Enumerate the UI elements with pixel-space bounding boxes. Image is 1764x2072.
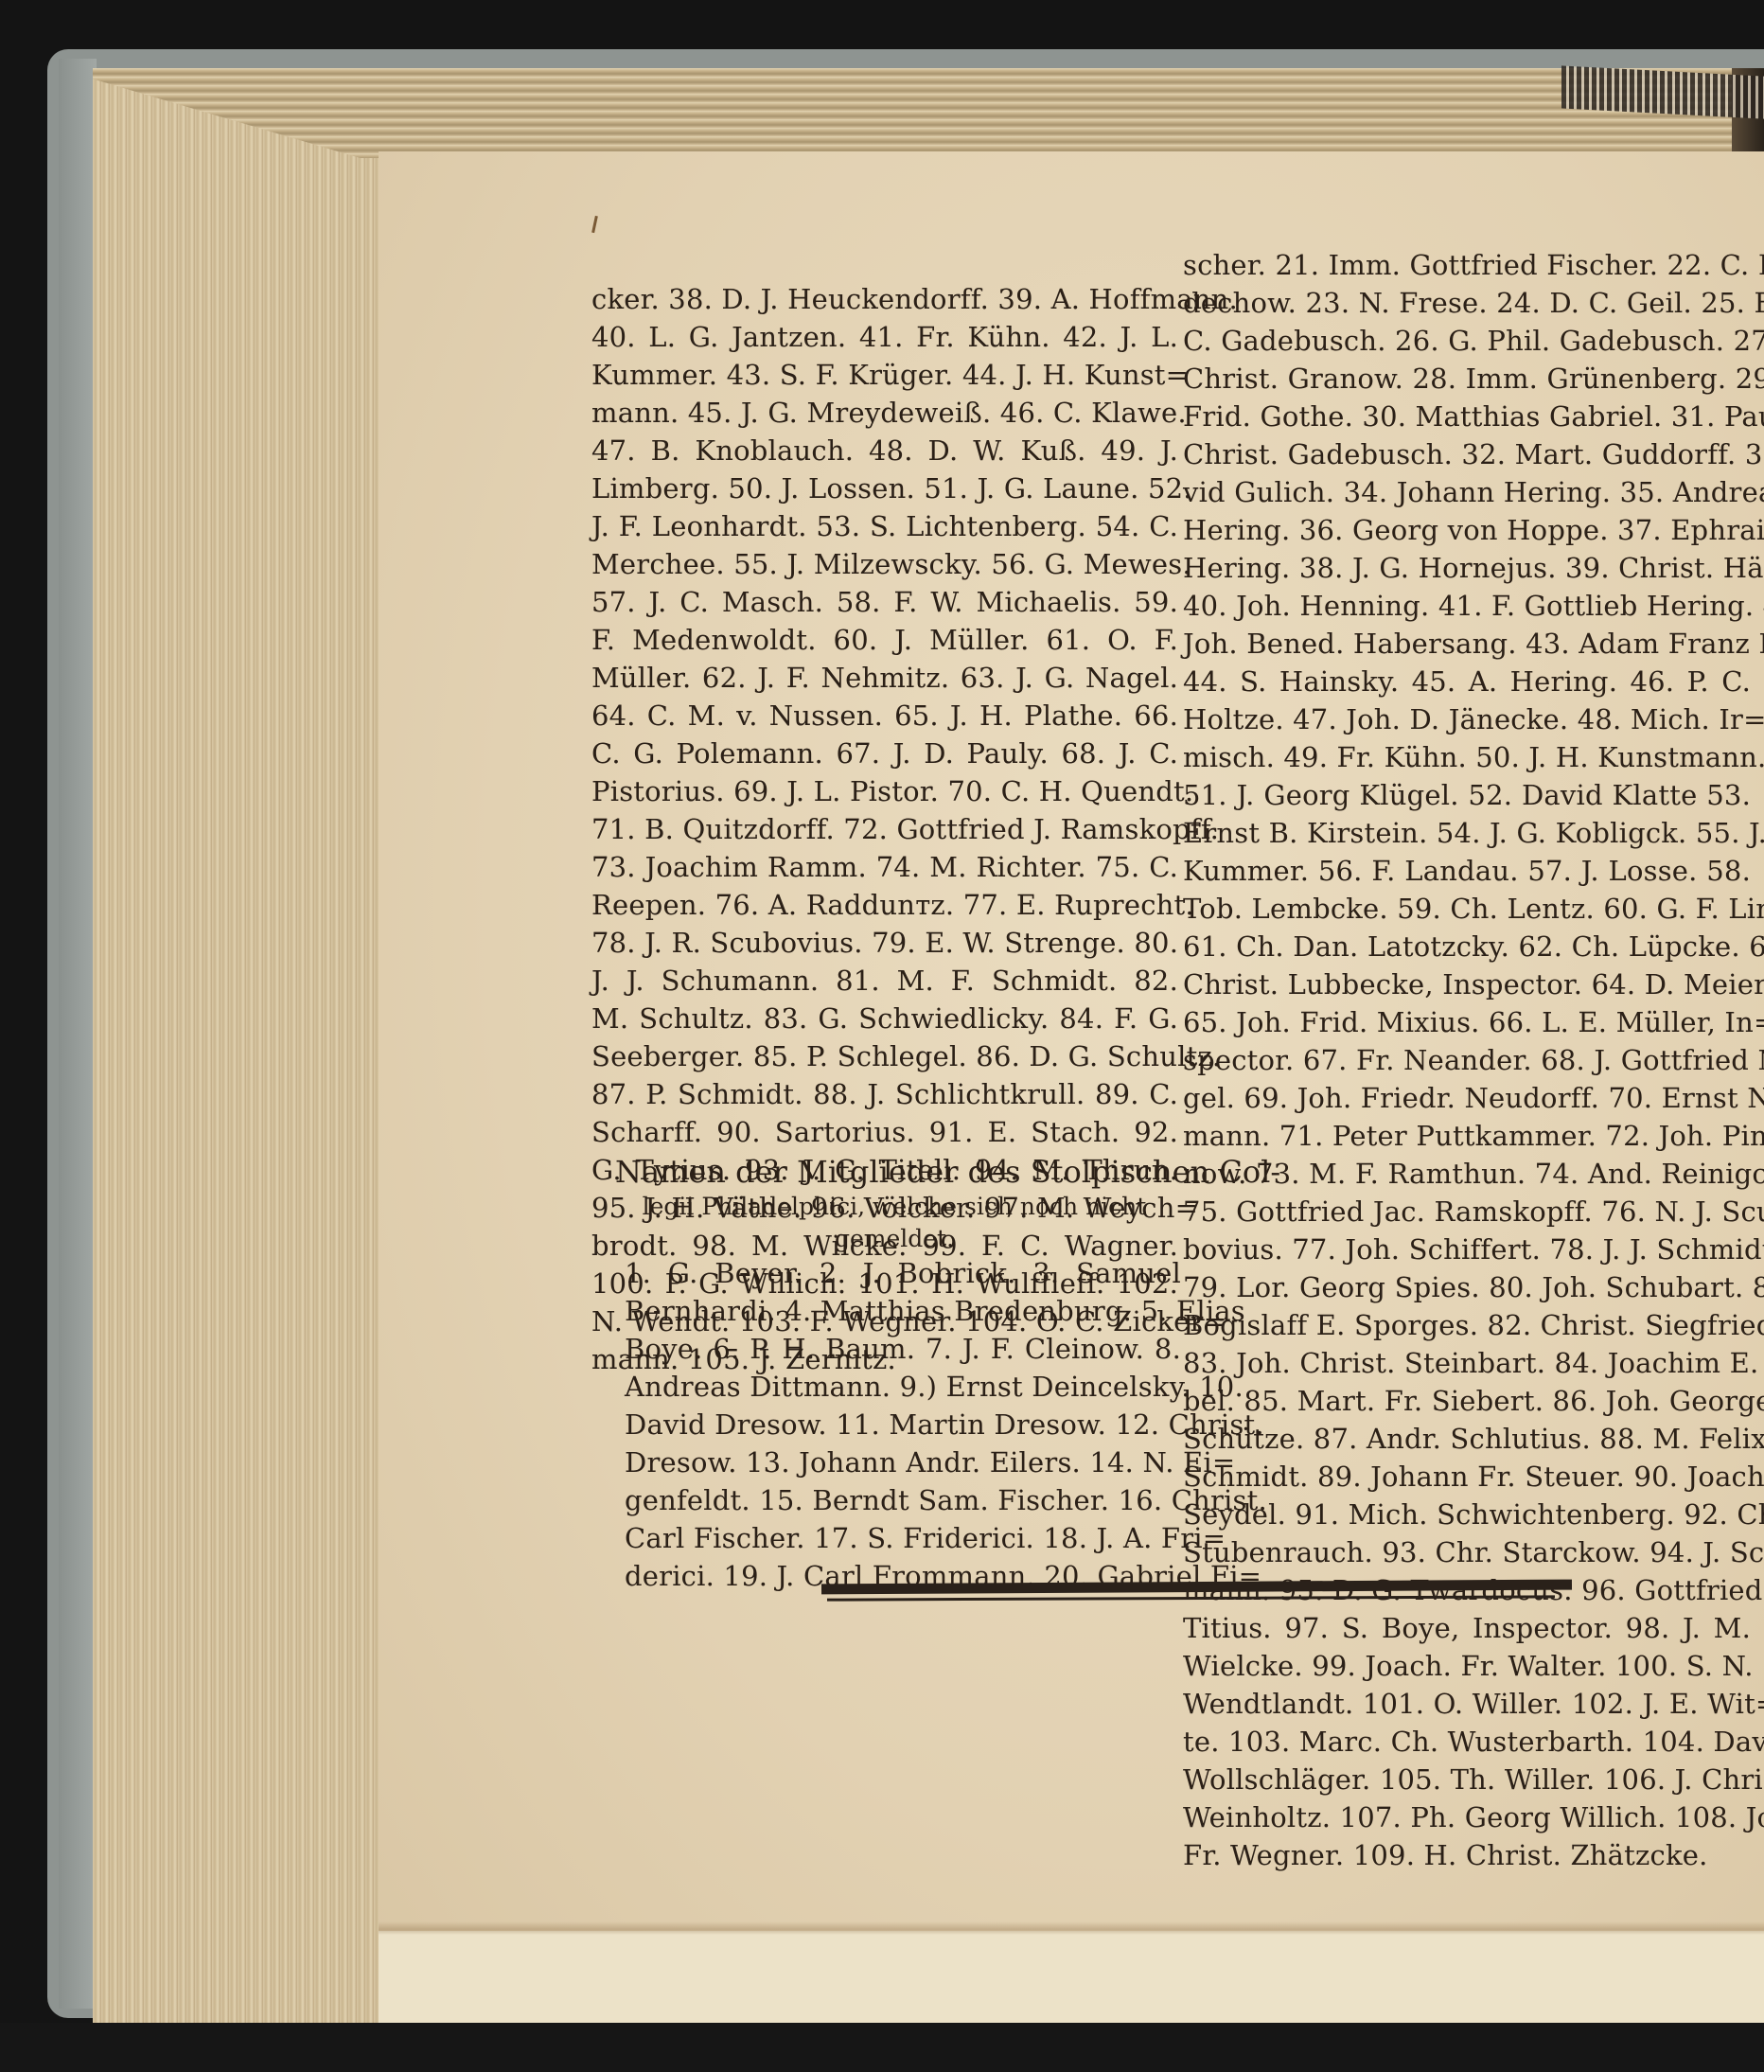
text-line: J. F. Leonhardt. 53. S. Lichtenberg. 54.… — [591, 507, 1178, 545]
text-line: 64. C. M. v. Nussen. 65. J. H. Plathe. 6… — [591, 697, 1178, 735]
text-line: 40. Joh. Henning. 41. F. Gottlieb Hering… — [1183, 587, 1751, 625]
rule-thin-line — [827, 1595, 1555, 1601]
text-line: bel. 85. Mart. Fr. Siebert. 86. Joh. Geo… — [1183, 1382, 1751, 1420]
text-line: 73. Joachim Ramm. 74. M. Richter. 75. C. — [591, 848, 1178, 886]
text-line: Christ. Gadebusch. 32. Mart. Guddorff. 3… — [1183, 435, 1751, 473]
section-heading: Namen der Mitglieder des Stolpischen Col… — [615, 1153, 1173, 1255]
text-line: Stubenrauch. 93. Chr. Starckow. 94. J. S… — [1183, 1533, 1751, 1571]
text-line: Ernst B. Kirstein. 54. J. G. Kobligck. 5… — [1183, 814, 1751, 852]
text-line: 57. J. C. Masch. 58. F. W. Michaelis. 59… — [591, 583, 1178, 621]
right-column-member-list: scher. 21. Imm. Gottfried Fischer. 22. C… — [1183, 246, 1751, 1874]
text-line: M. Schultz. 83. G. Schwiedlicky. 84. F. … — [591, 1000, 1178, 1037]
text-line: Christ. Granow. 28. Imm. Grünenberg. 29.… — [1183, 360, 1751, 398]
text-line: 1. G. Beyer. 2. J. Bobrick. 3. Samuel — [625, 1254, 1181, 1292]
text-line: te. 103. Marc. Ch. Wusterbarth. 104. Dav… — [1183, 1723, 1751, 1761]
text-line: Wollschläger. 105. Th. Willer. 106. J. C… — [1183, 1761, 1751, 1798]
text-line: Weinholtz. 107. Ph. Georg Willich. 108. … — [1183, 1798, 1751, 1836]
text-line: J. J. Schumann. 81. M. F. Schmidt. 82. — [591, 962, 1178, 1000]
text-line: F. Medenwoldt. 60. J. Müller. 61. O. F. — [591, 621, 1178, 659]
text-line: Pistorius. 69. J. L. Pistor. 70. C. H. Q… — [591, 772, 1178, 810]
text-line: Hering. 36. Georg von Hoppe. 37. Ephraim — [1183, 511, 1751, 549]
text-line: C. Gadebusch. 26. G. Phil. Gadebusch. 27… — [1183, 322, 1751, 360]
text-line: Fr. Wegner. 109. H. Christ. Zhätzcke. — [1183, 1836, 1751, 1874]
cover-edge — [59, 59, 97, 2009]
text-line: Merchee. 55. J. Milzewscky. 56. G. Mewes… — [591, 545, 1178, 583]
page-stack-top-edges — [93, 68, 1764, 158]
text-line: 79. Lor. Georg Spies. 80. Joh. Schubart.… — [1183, 1268, 1751, 1306]
text-line: Tob. Lembcke. 59. Ch. Lentz. 60. G. F. L… — [1183, 890, 1751, 928]
text-line: cker. 38. D. J. Heuckendorff. 39. A. Hof… — [591, 280, 1178, 318]
text-line: Schütze. 87. Andr. Schlutius. 88. M. Fel… — [1183, 1420, 1751, 1458]
rule-thick-line — [821, 1580, 1572, 1595]
text-line: 78. J. R. Scubovius. 79. E. W. Strenge. … — [591, 924, 1178, 962]
text-line: genfeldt. 15. Berndt Sam. Fischer. 16. C… — [625, 1481, 1181, 1519]
heading-line-3: gemeldet. — [615, 1223, 1173, 1255]
text-line: Schmidt. 89. Johann Fr. Steuer. 90. Joac… — [1183, 1458, 1751, 1496]
text-line: Frid. Gothe. 30. Matthias Gabriel. 31. P… — [1183, 398, 1751, 435]
double-rule-ornament — [821, 1576, 1572, 1603]
text-line: Dresow. 13. Johann Andr. Eilers. 14. N. … — [625, 1443, 1181, 1481]
page-lower-margin — [379, 1931, 1764, 2023]
text-line: scher. 21. Imm. Gottfried Fischer. 22. C… — [1183, 246, 1751, 284]
text-line: mann. 71. Peter Puttkammer. 72. Joh. Pin… — [1183, 1117, 1751, 1155]
text-line: Carl Fischer. 17. S. Friderici. 18. J. A… — [625, 1519, 1181, 1557]
text-line: Seeberger. 85. P. Schlegel. 86. D. G. Sc… — [591, 1037, 1178, 1075]
text-line: Andreas Dittmann. 9.) Ernst Deincelsky. … — [625, 1368, 1181, 1406]
text-line: David Dresow. 11. Martin Dresow. 12. Chr… — [625, 1406, 1181, 1443]
water-stain-edge — [379, 1921, 1764, 1935]
text-line: dechow. 23. N. Frese. 24. D. C. Geil. 25… — [1183, 284, 1751, 322]
text-line: Holtze. 47. Joh. D. Jänecke. 48. Mich. I… — [1183, 700, 1751, 738]
text-line: bovius. 77. Joh. Schiffert. 78. J. J. Sc… — [1183, 1231, 1751, 1268]
text-line: Kummer. 43. S. F. Krüger. 44. J. H. Kuns… — [591, 356, 1178, 394]
text-line: 40. L. G. Jantzen. 41. Fr. Kühn. 42. J. … — [591, 318, 1178, 356]
text-line: Christ. Lubbecke, Inspector. 64. D. Meie… — [1183, 965, 1751, 1003]
text-line: Wielcke. 99. Joach. Fr. Walter. 100. S. … — [1183, 1647, 1751, 1685]
text-line: Seydel. 91. Mich. Schwichtenberg. 92. Ch… — [1183, 1496, 1751, 1533]
text-line: Bernhardi. 4. Matthias Bredenburg. 5. El… — [625, 1292, 1181, 1330]
unreported-members-list: 1. G. Beyer. 2. J. Bobrick. 3. Samuel Be… — [625, 1254, 1181, 1595]
text-line: Hering. 38. J. G. Hornejus. 39. Christ. … — [1183, 549, 1751, 587]
text-line: now. 73. M. F. Ramthun. 74. And. Reinigc… — [1183, 1155, 1751, 1193]
text-line: spector. 67. Fr. Neander. 68. J. Gottfri… — [1183, 1041, 1751, 1079]
text-line: mann. 45. J. G. Mreydeweiß. 46. C. Klawe… — [591, 394, 1178, 432]
text-line: Scharff. 90. Sartorius. 91. E. Stach. 92… — [591, 1113, 1178, 1151]
text-line: gel. 69. Joh. Friedr. Neudorff. 70. Erns… — [1183, 1079, 1751, 1117]
text-line: 44. S. Hainsky. 45. A. Hering. 46. P. C. — [1183, 663, 1751, 700]
text-line: 47. B. Knoblauch. 48. D. W. Kuß. 49. J. — [591, 432, 1178, 469]
text-line: vid Gulich. 34. Johann Hering. 35. Andre… — [1183, 473, 1751, 511]
text-line: Bogislaff E. Sporges. 82. Christ. Siegfr… — [1183, 1306, 1751, 1344]
background-strip — [0, 2023, 1764, 2072]
text-line: Limberg. 50. J. Lossen. 51. J. G. Laune.… — [591, 469, 1178, 507]
text-line: 61. Ch. Dan. Latotzcky. 62. Ch. Lüpcke. … — [1183, 928, 1751, 965]
text-line: 71. B. Quitzdorff. 72. Gottfried J. Rams… — [591, 810, 1178, 848]
text-line: Wendtlandt. 101. O. Willer. 102. J. E. W… — [1183, 1685, 1751, 1723]
text-line: 65. Joh. Frid. Mixius. 66. L. E. Müller,… — [1183, 1003, 1751, 1041]
text-line: 75. Gottfried Jac. Ramskopff. 76. N. J. … — [1183, 1193, 1751, 1231]
text-line: Reepen. 76. A. Raddunтz. 77. E. Ruprecht… — [591, 886, 1178, 924]
text-line: Joh. Bened. Habersang. 43. Adam Franz Ha… — [1183, 625, 1751, 663]
text-line: Kummer. 56. F. Landau. 57. J. Losse. 58. — [1183, 852, 1751, 890]
text-line: C. G. Polemann. 67. J. D. Pauly. 68. J. … — [591, 735, 1178, 772]
text-line: 51. J. Georg Klügel. 52. David Klatte 53… — [1183, 776, 1751, 814]
text-line: Titius. 97. S. Boye, Inspector. 98. J. M… — [1183, 1609, 1751, 1647]
heading-line-2: legii Philadelphici, welche sich noch ni… — [615, 1191, 1173, 1223]
text-line: Boye. 6. P. H. Baum. 7. J. F. Cleinow. 8… — [625, 1330, 1181, 1368]
text-line: Müller. 62. J. F. Nehmitz. 63. J. G. Nag… — [591, 659, 1178, 697]
text-line: misch. 49. Fr. Kühn. 50. J. H. Kunstmann… — [1183, 738, 1751, 776]
text-line: 87. P. Schmidt. 88. J. Schlichtkrull. 89… — [591, 1075, 1178, 1113]
text-line: 83. Joh. Christ. Steinbart. 84. Joachim … — [1183, 1344, 1751, 1382]
heading-line-1: Namen der Mitglieder des Stolpischen Col… — [615, 1153, 1173, 1191]
